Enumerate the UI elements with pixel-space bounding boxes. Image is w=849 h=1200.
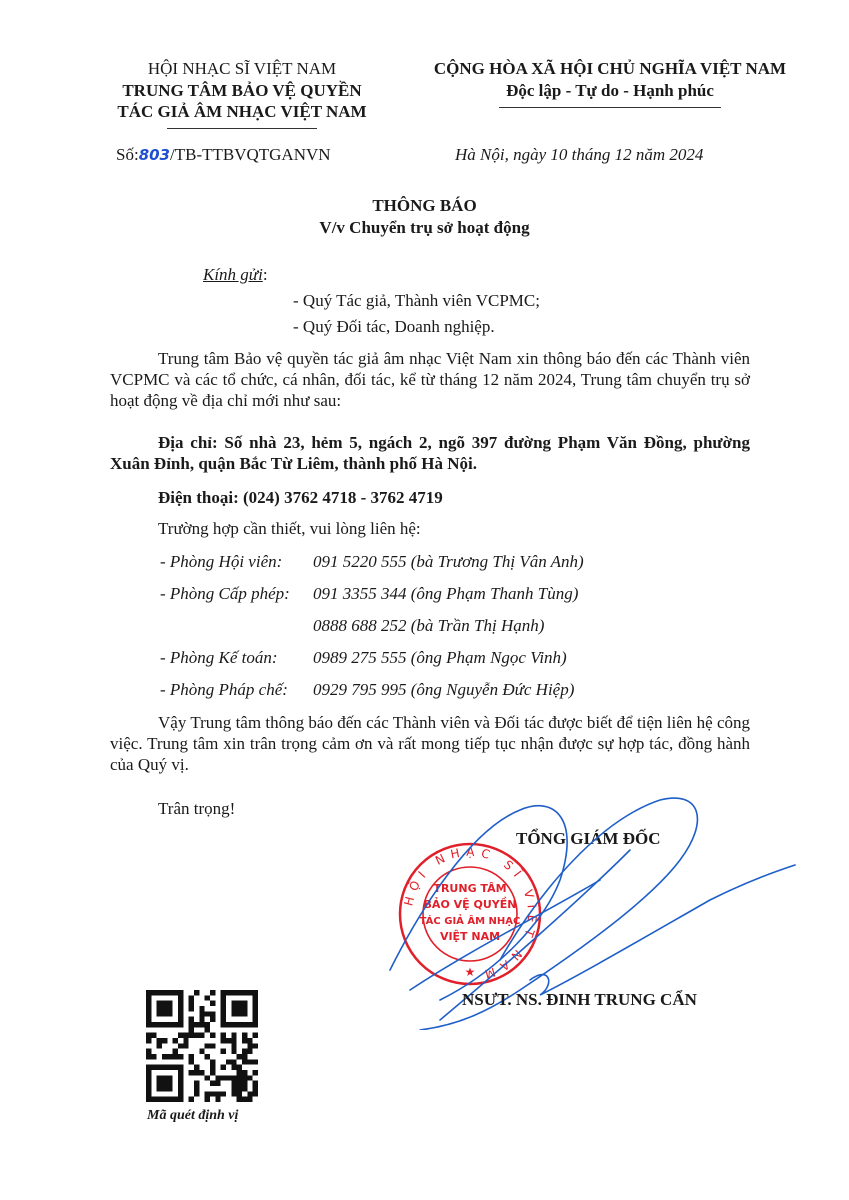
contact-info: 091 3355 344 (ông Phạm Thanh Tùng) <box>313 584 578 603</box>
phone-line: Điện thoại: (024) 3762 4718 - 3762 4719 <box>158 488 443 508</box>
recipients-label-text: Kính gửi <box>203 265 263 284</box>
title-subject: V/v Chuyển trụ sở hoạt động <box>0 217 849 239</box>
contact-info: 0989 275 555 (ông Phạm Ngọc Vinh) <box>313 648 567 667</box>
contact-dept: - Phòng Cấp phép: <box>160 584 313 604</box>
recipient-item: - Quý Tác giả, Thành viên VCPMC; <box>293 291 540 311</box>
qr-caption: Mã quét định vị <box>147 1108 238 1124</box>
address-paragraph: Địa chỉ: Số nhà 23, hẻm 5, ngách 2, ngõ … <box>110 432 750 474</box>
recipients-label: Kính gửi: <box>203 265 268 285</box>
intro-paragraph: Trung tâm Bảo vệ quyền tác giả âm nhạc V… <box>110 348 750 411</box>
title-heading: THÔNG BÁO <box>0 195 849 217</box>
regards: Trân trọng! <box>158 799 235 819</box>
contact-row: - Phòng Hội viên:091 5220 555 (bà Trương… <box>160 552 584 572</box>
doc-number-handwritten: 803 <box>139 146 170 164</box>
contact-info: 0888 688 252 (bà Trần Thị Hạnh) <box>313 616 544 635</box>
document-title: THÔNG BÁO V/v Chuyển trụ sở hoạt động <box>0 195 849 239</box>
contact-info: 0929 795 995 (ông Nguyễn Đức Hiệp) <box>313 680 574 699</box>
contact-dept: - Phòng Pháp chế: <box>160 680 313 700</box>
contact-dept: - Phòng Hội viên: <box>160 552 313 572</box>
contact-row: - Phòng Cấp phép:091 3355 344 (ông Phạm … <box>160 584 578 604</box>
recipients-label-colon: : <box>263 265 268 284</box>
doc-number-prefix: Số: <box>116 145 139 164</box>
closing-text: Vậy Trung tâm thông báo đến các Thành vi… <box>110 713 750 774</box>
qr-code-icon[interactable] <box>146 990 258 1102</box>
issuer-underline <box>167 128 317 129</box>
document-number: Số:803/TB-TTBVQTGANVN <box>116 145 331 165</box>
intro-text: Trung tâm Bảo vệ quyền tác giả âm nhạc V… <box>110 349 750 410</box>
issuer-org-line1: TRUNG TÂM BẢO VỆ QUYỀN <box>92 80 392 101</box>
national-motto: Độc lập - Tự do - Hạnh phúc <box>405 80 815 102</box>
place-date: Hà Nội, ngày 10 tháng 12 năm 2024 <box>455 145 703 165</box>
recipient-item: - Quý Đối tác, Doanh nghiệp. <box>293 317 495 337</box>
contact-dept: - Phòng Kế toán: <box>160 648 313 668</box>
signer-name: NSƯT. NS. ĐINH TRUNG CẨN <box>462 990 697 1010</box>
issuer-block: HỘI NHẠC SĨ VIỆT NAM TRUNG TÂM BẢO VỆ QU… <box>92 58 392 129</box>
contact-row: - Phòng Kế toán:0989 275 555 (ông Phạm N… <box>160 648 567 668</box>
contact-info: 091 5220 555 (bà Trương Thị Vân Anh) <box>313 552 584 571</box>
closing-paragraph: Vậy Trung tâm thông báo đến các Thành vi… <box>110 712 750 775</box>
doc-number-suffix: /TB-TTBVQTGANVN <box>170 145 331 164</box>
national-header: CỘNG HÒA XÃ HỘI CHỦ NGHĨA VIỆT NAM Độc l… <box>405 58 815 108</box>
issuer-org-line2: TÁC GIẢ ÂM NHẠC VIỆT NAM <box>92 101 392 122</box>
motto-underline <box>499 107 721 108</box>
issuer-parent-org: HỘI NHẠC SĨ VIỆT NAM <box>92 58 392 80</box>
contact-intro: Trường hợp cần thiết, vui lòng liên hệ: <box>158 519 421 539</box>
contact-row: - Phòng Pháp chế:0929 795 995 (ông Nguyễ… <box>160 680 574 700</box>
national-title: CỘNG HÒA XÃ HỘI CHỦ NGHĨA VIỆT NAM <box>405 58 815 80</box>
contact-row: 0888 688 252 (bà Trần Thị Hạnh) <box>160 616 544 636</box>
address-text: Địa chỉ: Số nhà 23, hẻm 5, ngách 2, ngõ … <box>110 433 750 473</box>
